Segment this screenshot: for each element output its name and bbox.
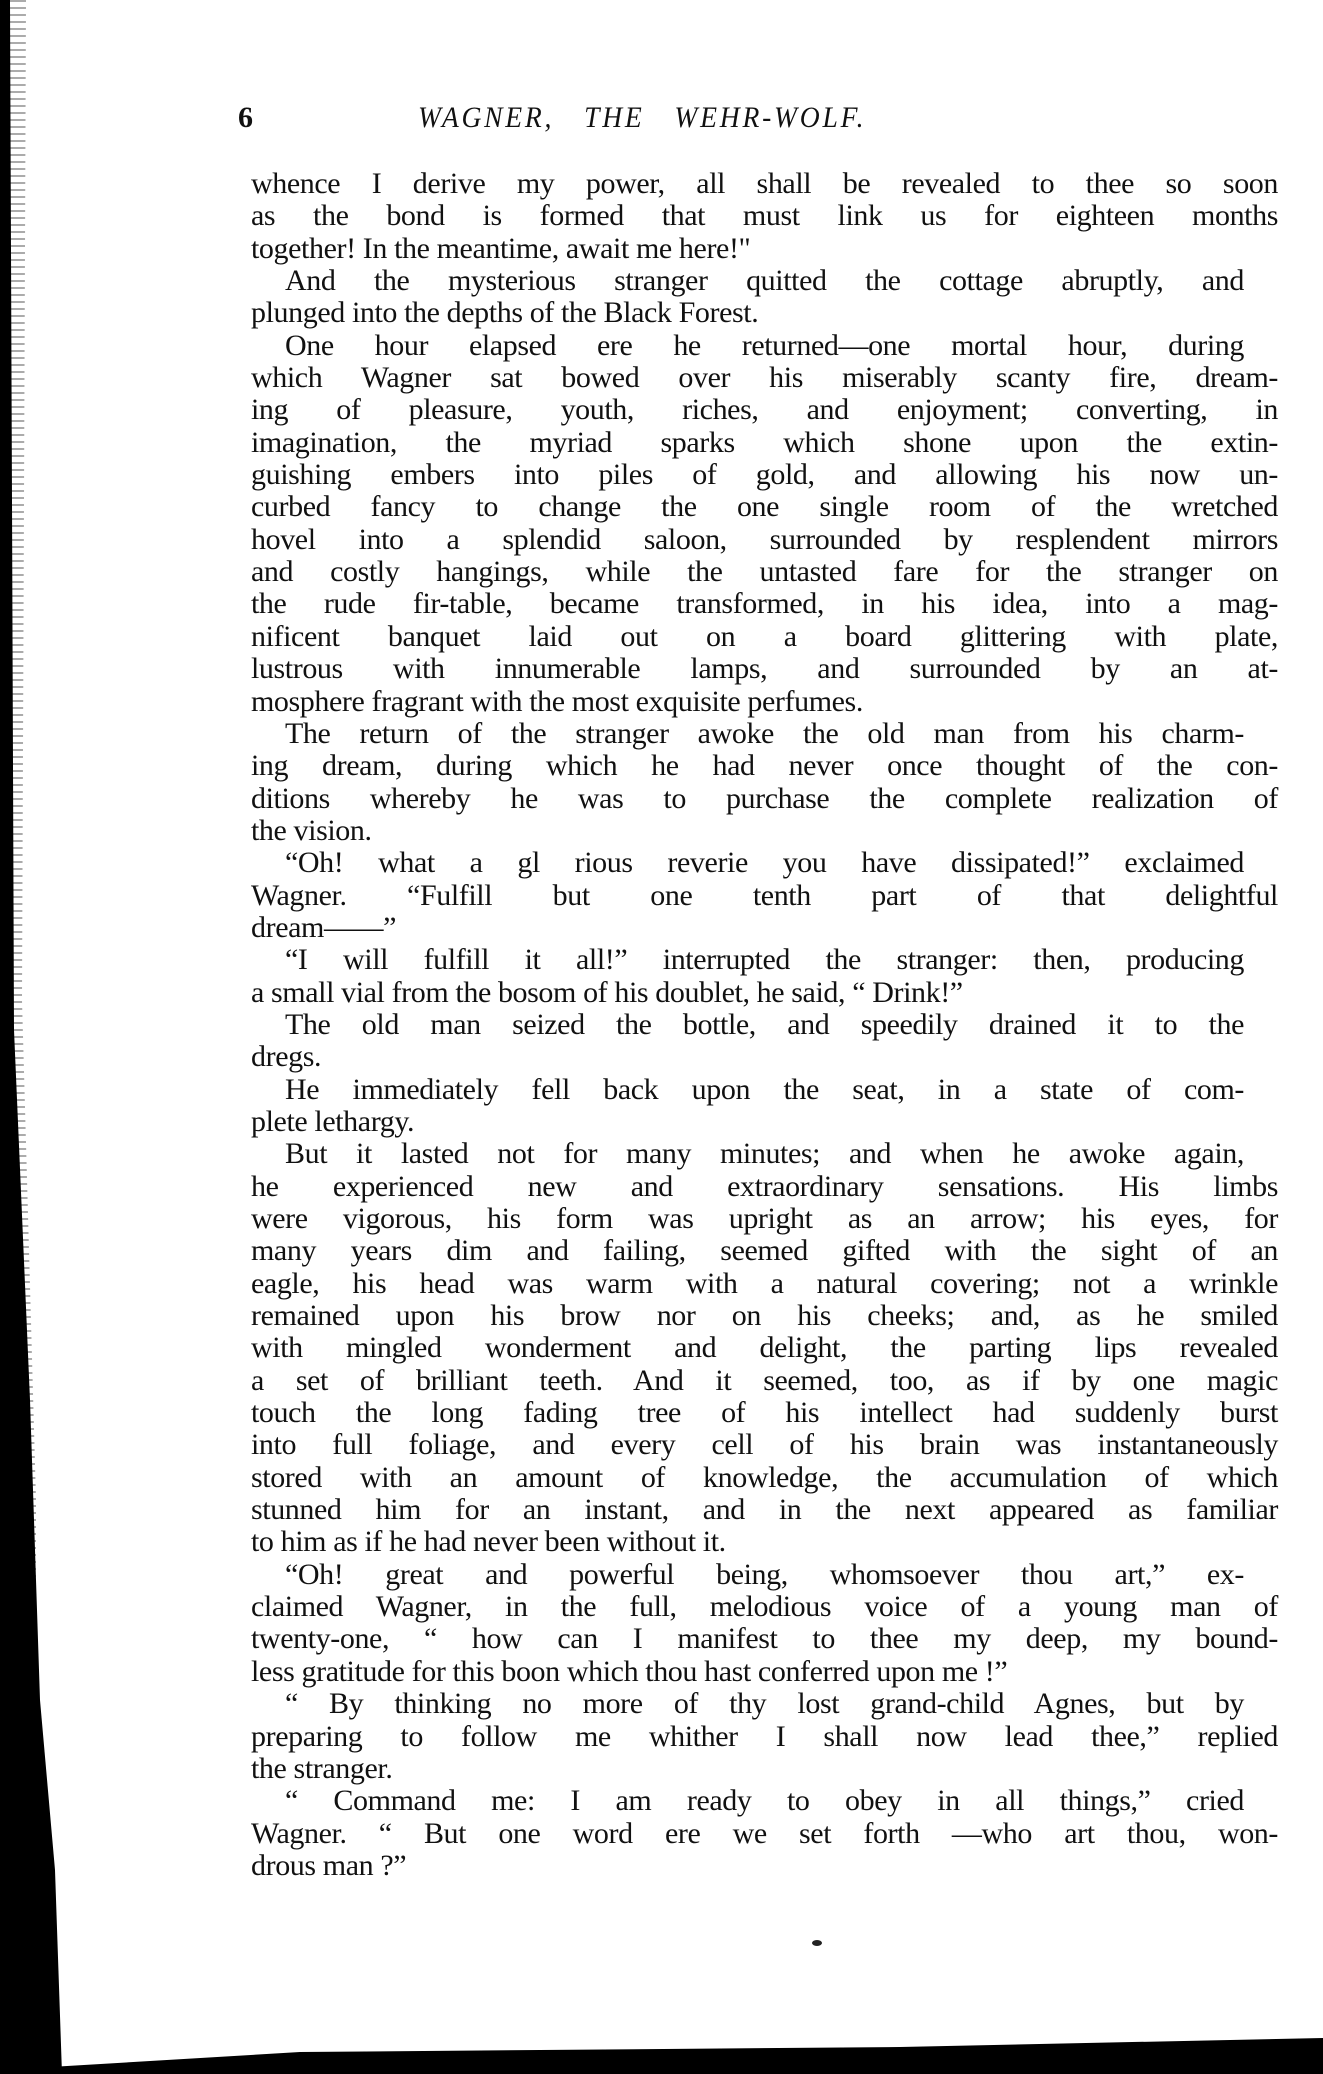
text-line: many years dim and failing, seemed gifte… (251, 1235, 1278, 1267)
text-line-content: plunged into the depths of the Black For… (251, 297, 1278, 329)
text-line-content: many years dim and failing, seemed gifte… (251, 1235, 1278, 1267)
text-line-content: “I will fulfill it all!” interrupted the… (285, 944, 1244, 976)
text-line-content: dregs. (251, 1041, 1278, 1073)
text-line: stored with an amount of knowledge, the … (251, 1462, 1278, 1494)
text-line-content: which Wagner sat bowed over his miserabl… (251, 362, 1278, 394)
text-line: as the bond is formed that must link us … (251, 200, 1278, 232)
text-line: Wagner. “Fulfill but one tenth part of t… (251, 880, 1278, 912)
text-line-content: together! In the meantime, await me here… (251, 233, 1278, 265)
text-line: to him as if he had never been without i… (251, 1526, 1278, 1558)
text-line: lustrous with innumerable lamps, and sur… (251, 653, 1278, 685)
text-line: The old man seized the bottle, and speed… (251, 1009, 1278, 1041)
text-line: One hour elapsed ere he returned—one mor… (251, 330, 1278, 362)
text-line: “I will fulfill it all!” interrupted the… (251, 944, 1278, 976)
text-line-content: Wagner. “Fulfill but one tenth part of t… (251, 880, 1278, 912)
text-line: guishing embers into piles of gold, and … (251, 459, 1278, 491)
text-line-content: the stranger. (251, 1753, 1278, 1785)
text-line: a set of brilliant teeth. And it seemed,… (251, 1365, 1278, 1397)
text-line: preparing to follow me whither I shall n… (251, 1721, 1278, 1753)
text-line-content: the vision. (251, 815, 1278, 847)
text-line-content: ditions whereby he was to purchase the c… (251, 783, 1278, 815)
text-line: nificent banquet laid out on a board gli… (251, 621, 1278, 653)
text-line: ing dream, during which he had never onc… (251, 750, 1278, 782)
text-line: a small vial from the bosom of his doubl… (251, 977, 1278, 1009)
text-line-content: The return of the stranger awoke the old… (285, 718, 1244, 750)
text-line: and costly hangings, while the untasted … (251, 556, 1278, 588)
text-line: ditions whereby he was to purchase the c… (251, 783, 1278, 815)
text-line-content: eagle, his head was warm with a natural … (251, 1268, 1278, 1300)
text-line: whence I derive my power, all shall be r… (251, 168, 1278, 200)
text-line-content: He immediately fell back upon the seat, … (285, 1074, 1244, 1106)
text-line-content: nificent banquet laid out on a board gli… (251, 621, 1278, 653)
text-line-content: dream——” (251, 912, 1278, 944)
text-line-content: into full foliage, and every cell of his… (251, 1429, 1278, 1461)
text-line-content: stored with an amount of knowledge, the … (251, 1462, 1278, 1494)
text-line-content: a small vial from the bosom of his doubl… (251, 977, 1278, 1009)
text-line-content: guishing embers into piles of gold, and … (251, 459, 1278, 491)
text-line-content: “Oh! great and powerful being, whomsoeve… (285, 1559, 1244, 1591)
page-body-text: whence I derive my power, all shall be r… (251, 168, 1278, 1882)
ink-smudge (812, 1940, 822, 1946)
text-line: dream——” (251, 912, 1278, 944)
text-line: the stranger. (251, 1753, 1278, 1785)
text-line: “ By thinking no more of thy lost grand-… (251, 1688, 1278, 1720)
text-line: And the mysterious stranger quitted the … (251, 265, 1278, 297)
text-line-content: “Oh! what a gl rious reverie you have di… (285, 847, 1244, 879)
page-number: 6 (238, 98, 253, 138)
text-line: the vision. (251, 815, 1278, 847)
text-line: claimed Wagner, in the full, melodious v… (251, 1591, 1278, 1623)
text-line-content: stunned him for an instant, and in the n… (251, 1494, 1278, 1526)
text-line-content: “ Command me: I am ready to obey in all … (285, 1785, 1244, 1817)
text-line: plunged into the depths of the Black For… (251, 297, 1278, 329)
text-line: But it lasted not for many minutes; and … (251, 1138, 1278, 1170)
text-line: touch the long fading tree of his intell… (251, 1397, 1278, 1429)
text-line: He immediately fell back upon the seat, … (251, 1074, 1278, 1106)
text-line-content: and costly hangings, while the untasted … (251, 556, 1278, 588)
text-line: eagle, his head was warm with a natural … (251, 1268, 1278, 1300)
text-line-content: as the bond is formed that must link us … (251, 200, 1278, 232)
text-line: curbed fancy to change the one single ro… (251, 491, 1278, 523)
text-line: plete lethargy. (251, 1106, 1278, 1138)
text-line-content: Wagner. “ But one word ere we set forth … (251, 1818, 1278, 1850)
text-line-content: ing of pleasure, youth, riches, and enjo… (251, 394, 1278, 426)
page-bottom-edge-shadow (0, 2030, 1323, 2074)
text-line-content: to him as if he had never been without i… (251, 1526, 1278, 1558)
text-line-content: But it lasted not for many minutes; and … (285, 1138, 1244, 1170)
text-line-content: whence I derive my power, all shall be r… (251, 168, 1278, 200)
text-line-content: imagination, the myriad sparks which sho… (251, 427, 1278, 459)
text-line: less gratitude for this boon which thou … (251, 1656, 1278, 1688)
text-line: “Oh! great and powerful being, whomsoeve… (251, 1559, 1278, 1591)
text-line-content: less gratitude for this boon which thou … (251, 1656, 1278, 1688)
text-line: into full foliage, and every cell of his… (251, 1429, 1278, 1461)
text-line: mosphere fragrant with the most exquisit… (251, 686, 1278, 718)
text-line-content: the rude fir-table, became transformed, … (251, 588, 1278, 620)
text-line-content: touch the long fading tree of his intell… (251, 1397, 1278, 1429)
running-header: 6 WAGNER, THE WEHR-WOLF. (238, 98, 1278, 138)
text-line-content: hovel into a splendid saloon, surrounded… (251, 524, 1278, 556)
text-line-content: ing dream, during which he had never onc… (251, 750, 1278, 782)
text-line-content: plete lethargy. (251, 1106, 1278, 1138)
text-line-content: drous man ?” (251, 1850, 1278, 1882)
text-line: drous man ?” (251, 1850, 1278, 1882)
text-line: “ Command me: I am ready to obey in all … (251, 1785, 1278, 1817)
text-line-content: claimed Wagner, in the full, melodious v… (251, 1591, 1278, 1623)
text-line: together! In the meantime, await me here… (251, 233, 1278, 265)
text-line-content: preparing to follow me whither I shall n… (251, 1721, 1278, 1753)
text-line-content: And the mysterious stranger quitted the … (285, 265, 1244, 297)
text-line-content: remained upon his brow nor on his cheeks… (251, 1300, 1278, 1332)
binding-gutter-texture (6, 0, 36, 2074)
text-line: were vigorous, his form was upright as a… (251, 1203, 1278, 1235)
text-line-content: with mingled wonderment and delight, the… (251, 1332, 1278, 1364)
text-line: imagination, the myriad sparks which sho… (251, 427, 1278, 459)
text-line: the rude fir-table, became transformed, … (251, 588, 1278, 620)
text-line-content: One hour elapsed ere he returned—one mor… (285, 330, 1244, 362)
text-line-content: were vigorous, his form was upright as a… (251, 1203, 1278, 1235)
text-line: “Oh! what a gl rious reverie you have di… (251, 847, 1278, 879)
running-title: WAGNER, THE WEHR-WOLF. (418, 98, 866, 138)
text-line-content: “ By thinking no more of thy lost grand-… (285, 1688, 1244, 1720)
text-line: ing of pleasure, youth, riches, and enjo… (251, 394, 1278, 426)
text-line-content: curbed fancy to change the one single ro… (251, 491, 1278, 523)
text-line: he experienced new and extraordinary sen… (251, 1171, 1278, 1203)
text-line-content: a set of brilliant teeth. And it seemed,… (251, 1365, 1278, 1397)
text-line: with mingled wonderment and delight, the… (251, 1332, 1278, 1364)
text-line-content: lustrous with innumerable lamps, and sur… (251, 653, 1278, 685)
text-line: which Wagner sat bowed over his miserabl… (251, 362, 1278, 394)
text-line-content: twenty-one, “ how can I manifest to thee… (251, 1623, 1278, 1655)
text-line: remained upon his brow nor on his cheeks… (251, 1300, 1278, 1332)
text-line: The return of the stranger awoke the old… (251, 718, 1278, 750)
text-line-content: he experienced new and extraordinary sen… (251, 1171, 1278, 1203)
text-line-content: mosphere fragrant with the most exquisit… (251, 686, 1278, 718)
text-line: Wagner. “ But one word ere we set forth … (251, 1818, 1278, 1850)
text-line: dregs. (251, 1041, 1278, 1073)
text-line: twenty-one, “ how can I manifest to thee… (251, 1623, 1278, 1655)
text-line: stunned him for an instant, and in the n… (251, 1494, 1278, 1526)
text-line: hovel into a splendid saloon, surrounded… (251, 524, 1278, 556)
text-line-content: The old man seized the bottle, and speed… (285, 1009, 1244, 1041)
